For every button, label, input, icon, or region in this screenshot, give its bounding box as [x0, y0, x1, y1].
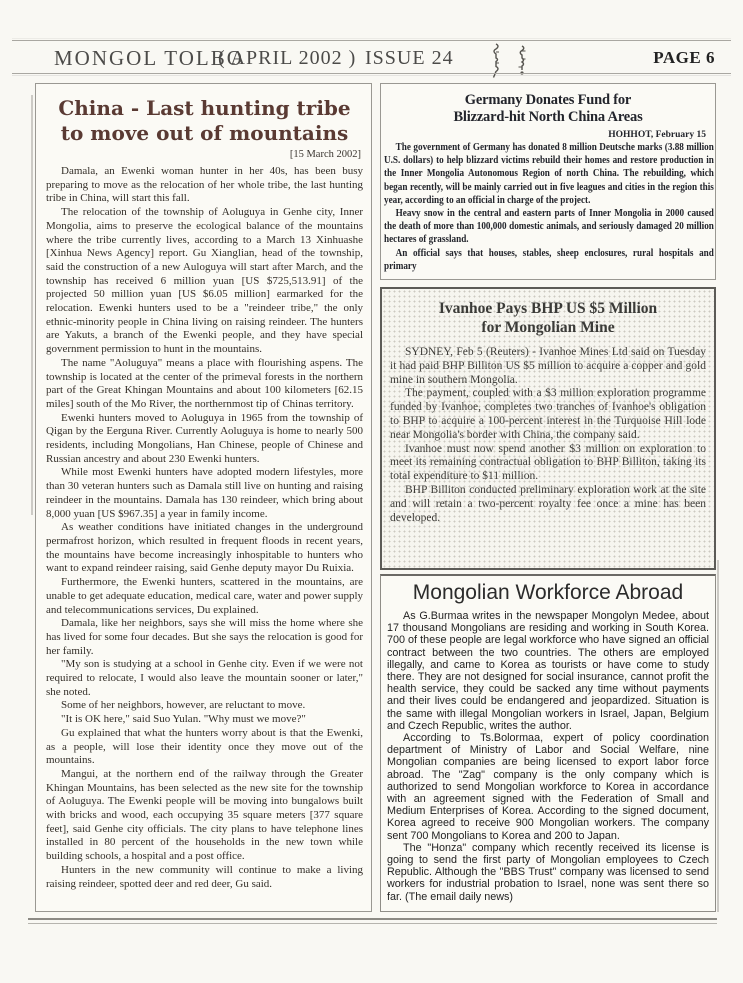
paragraph: As G.Burmaa writes in the newspaper Mong… [387, 610, 709, 732]
paragraph: BHP Billiton conducted preliminary explo… [390, 484, 706, 525]
scan-artifact [31, 95, 33, 515]
paragraph: As weather conditions have initiated cha… [46, 521, 363, 576]
paragraph: Gu explained that what the hunters worry… [46, 727, 363, 768]
article-ivanhoe-title-line1: Ivanhoe Pays BHP US $5 Million [390, 299, 706, 318]
paragraph: According to Ts.Bolormaa, expert of poli… [387, 732, 709, 842]
article-china-dateline: [15 March 2002] [46, 149, 361, 160]
article-ivanhoe-title: Ivanhoe Pays BHP US $5 Million for Mongo… [390, 299, 706, 337]
article-workforce-title: Mongolian Workforce Abroad [387, 581, 709, 605]
article-ivanhoe-body: SYDNEY, Feb 5 (Reuters) - Ivanhoe Mines … [390, 346, 706, 525]
paragraph: Mangui, at the northern end of the railw… [46, 768, 363, 864]
article-germany-dateline: HOHHOT, February 15 [384, 130, 706, 140]
article-germany-body: The government of Germany has donated 8 … [384, 141, 714, 273]
masthead-issue-number: ISSUE 24 [365, 47, 454, 70]
paragraph: Some of her neighbors, however, are relu… [46, 699, 363, 713]
mongolian-script-glyph-icon [516, 42, 528, 80]
paragraph: The government of Germany has donated 8 … [384, 141, 714, 207]
article-china-title-line1: China - Last hunting tribe [46, 96, 363, 121]
paragraph: The "Honza" company which recently recei… [387, 842, 709, 903]
header-bottom-rule [12, 73, 731, 74]
masthead-page-number: PAGE 6 [653, 48, 715, 68]
paragraph: Furthermore, the Ewenki hunters, scatter… [46, 576, 363, 617]
article-china-title: China - Last hunting tribe to move out o… [46, 96, 363, 146]
paragraph: An official says that houses, stables, s… [384, 247, 714, 273]
paragraph: "My son is studying at a school in Genhe… [46, 658, 363, 699]
paragraph: Heavy snow in the central and eastern pa… [384, 207, 714, 247]
masthead-issue-date: ( APRIL 2002 ) [218, 47, 356, 70]
paragraph: The payment, coupled with a $3 million e… [390, 387, 706, 442]
paragraph: "It is OK here," said Suo Yulan. "Why mu… [46, 713, 363, 727]
paragraph: Ewenki hunters moved to Aoluguya in 1965… [46, 412, 363, 467]
paragraph: Ivanhoe must now spend another $3 millio… [390, 443, 706, 484]
article-ivanhoe-title-line2: for Mongolian Mine [390, 318, 706, 337]
paragraph: While most Ewenki hunters have adopted m… [46, 466, 363, 521]
page-bottom-rule-secondary [28, 923, 717, 924]
header-top-rule [12, 40, 731, 41]
article-ivanhoe: Ivanhoe Pays BHP US $5 Million for Mongo… [380, 287, 716, 570]
paragraph: The name "Aoluguya" means a place with f… [46, 357, 363, 412]
paragraph: Damala, like her neighbors, says she wil… [46, 617, 363, 658]
article-germany-title-line2: Blizzard-hit North China Areas [384, 109, 712, 126]
masthead-title: MONGOL TOLBO [54, 46, 244, 71]
article-workforce: Mongolian Workforce Abroad As G.Burmaa w… [380, 574, 716, 912]
article-workforce-body: As G.Burmaa writes in the newspaper Mong… [387, 610, 709, 903]
mongolian-script-icon [490, 42, 528, 80]
scan-artifact [717, 560, 719, 912]
paragraph: SYDNEY, Feb 5 (Reuters) - Ivanhoe Mines … [390, 346, 706, 387]
article-germany-title: Germany Donates Fund for Blizzard-hit No… [384, 92, 712, 126]
article-germany-title-line1: Germany Donates Fund for [384, 92, 712, 109]
page-bottom-rule [28, 918, 717, 920]
article-china-body: Damala, an Ewenki woman hunter in her 40… [46, 165, 363, 891]
paragraph: The relocation of the township of Aolugu… [46, 206, 363, 357]
paragraph: Hunters in the new community will contin… [46, 864, 363, 891]
newspaper-page: MONGOL TOLBO ( APRIL 2002 ) ISSUE 24 PAG… [0, 0, 743, 983]
page-header: MONGOL TOLBO ( APRIL 2002 ) ISSUE 24 PAG… [0, 44, 743, 72]
article-germany: Germany Donates Fund for Blizzard-hit No… [380, 83, 716, 280]
article-china-title-line2: to move out of mountains [46, 121, 363, 146]
paragraph: Damala, an Ewenki woman hunter in her 40… [46, 165, 363, 206]
article-china: China - Last hunting tribe to move out o… [35, 83, 372, 912]
mongolian-script-glyph-icon [490, 42, 502, 80]
